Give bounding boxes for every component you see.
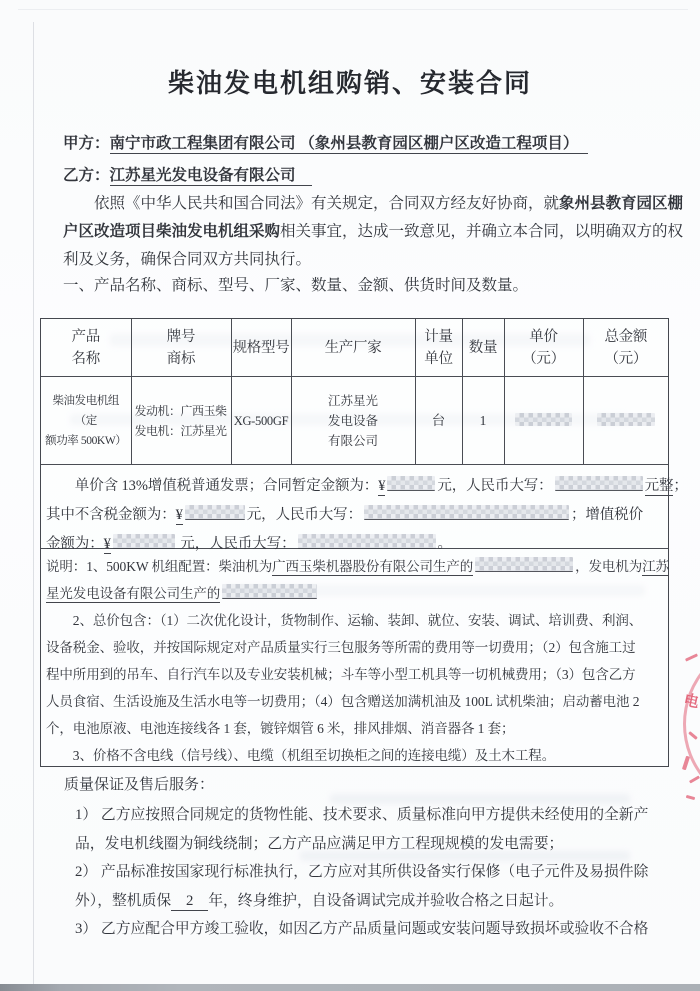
text-segment: 元，人民币大写： — [247, 507, 362, 523]
text-segment: 程中所用到的吊车、自行汽车以及专业安装机械；斗车等小型工机具等一切机械费用；（3… — [46, 667, 636, 682]
text-segment: 3） 乙方应配合甲方竣工验收，如因乙方产品质量问题或安装问题导致损坏或验收不合格 — [75, 921, 648, 937]
scan-artifact-top-line — [18, 9, 688, 10]
cell-unit: 台 — [415, 377, 462, 465]
cell-product-name: 柴油发电机组（定 额功率 500KW） — [41, 377, 131, 465]
header-unit-price: 单价 （元） — [504, 319, 583, 377]
party-a-line: 甲方：南宁市政工程集团有限公司 （象州县教育园区棚户区改造工程项目） — [63, 131, 588, 153]
scan-artifact-left-fold-line — [33, 22, 34, 984]
party-b-line: 乙方：江苏星光发电设备有限公司 — [63, 163, 312, 185]
text-segment: 年，终身维护，自设备调试完成并验收合格之日起计。 — [208, 893, 563, 909]
header-qty: 数量 — [462, 319, 504, 377]
text-segment: 2、总价包含：（1）二次优化设计，货物制作、运输、装卸、就位、安装、调试、培训费… — [46, 613, 642, 628]
text-segment: ¥ — [176, 507, 183, 525]
header-model: 规格型号 — [231, 319, 291, 377]
cell-unit-price-redacted — [504, 377, 583, 465]
text-segment: ，发电机为 — [575, 559, 642, 574]
text-segment: 。 — [438, 536, 452, 552]
quality-item-line: 外），整机质保 2 年，终身维护，自设备调试完成并验收合格之日起计。 — [75, 887, 648, 916]
intro-line: 依照《中华人民共和国合同法》有关规定，合同双方经友好协商，就象州县教育园区棚 — [63, 191, 693, 213]
stamp-stroke — [689, 775, 700, 783]
text-segment: 说明：1、500KW 机组配置：柴油机为 — [46, 559, 272, 574]
text-segment: 单价含 13%增值税普通发票；合同暂定金额为： — [46, 478, 378, 494]
text-segment: 其中不含税金额为： — [46, 507, 176, 523]
header-product-name: 产品 名称 — [41, 319, 131, 377]
redacted-text — [222, 584, 317, 599]
cell-total-redacted — [583, 377, 668, 465]
stamp-character: 电 — [682, 689, 700, 713]
cell-manufacturer: 江苏星光 发电设备 有限公司 — [291, 377, 415, 465]
stamp-stroke — [686, 795, 695, 800]
text-segment: 3、价格不含电线（信号线）、电缆（机组至切换柜之间的连接电缆）及土木工程。 — [46, 748, 555, 763]
text-segment: 相关事宜，达成一致意见，并确立本合同，以明确双方的权 — [280, 223, 683, 240]
header-total: 总金额 （元） — [583, 319, 668, 377]
notes-line: 2、总价包含：（1）二次优化设计，货物制作、运输、装卸、就位、安装、调试、培训费… — [46, 607, 662, 634]
quality-section-heading: 质量保证及售后服务： — [64, 773, 214, 794]
header-manufacturer: 生产厂家 — [291, 319, 415, 377]
intro-line: 户区改造项目柴油发电机组采购相关事宜，达成一致意见，并确立本合同，以明确双方的权 — [63, 219, 693, 241]
cell-brand: 发动机：广西玉柴 发电机：江苏星光 — [131, 377, 231, 465]
text-segment: 依照《中华人民共和国合同法》有关规定，合同双方经友好协商，就 — [63, 195, 559, 212]
price-line: 单价含 13%增值税普通发票；合同暂定金额为：¥元，人民币大写：元整； — [46, 472, 662, 501]
redacted-text — [185, 505, 245, 520]
cell-qty: 1 — [462, 377, 504, 465]
party-a-value: 南宁市政工程集团有限公司 （象州县教育园区棚户区改造工程项目） — [110, 135, 589, 154]
text-segment: 江苏 — [642, 559, 669, 576]
text-segment: 象州县教育园区棚 — [559, 195, 683, 212]
cell-model: XG-500GF — [231, 377, 291, 465]
stamp-stroke — [685, 653, 698, 661]
quality-item-line: 3） 乙方应配合甲方竣工验收，如因乙方产品质量问题或安装问题导致损坏或验收不合格 — [75, 915, 648, 944]
text-segment: 星光发电设备有限公司生产的 — [46, 586, 220, 603]
text-segment: 外），整机质保 — [75, 893, 171, 909]
scan-bottom-edge — [0, 984, 700, 991]
notes-line: 人员食宿、生活设施及生活水电等一切费用；（4）包含赠送加满机油及 100L 试机… — [46, 688, 662, 715]
product-table: 产品 名称 牌号 商标 规格型号 生产厂家 计量 单位 数量 单价 （元） 总金… — [40, 318, 669, 767]
red-seal-stamp-partial: 电 — [676, 638, 700, 813]
text-segment: 品，发电机线圈为铜线绕制；乙方产品应满足甲方工程现规模的发电需要； — [75, 836, 563, 852]
redacted-text — [298, 534, 436, 549]
text-segment: 2 — [171, 893, 208, 911]
table-row: 柴油发电机组（定 额功率 500KW） 发动机：广西玉柴 发电机：江苏星光 XG… — [41, 377, 668, 465]
section-1-heading: 一、产品名称、商标、型号、厂家、数量、金额、供货时间及数量。 — [63, 273, 528, 295]
text-segment: ；增值税价 — [571, 507, 643, 523]
notes-line: 星光发电设备有限公司生产的 — [46, 580, 662, 607]
product-spec-table: 产品 名称 牌号 商标 规格型号 生产厂家 计量 单位 数量 单价 （元） 总金… — [41, 319, 668, 465]
text-segment: ¥ — [104, 536, 111, 554]
scanned-contract-page: 柴油发电机组购销、安装合同 甲方：南宁市政工程集团有限公司 （象州县教育园区棚户… — [0, 0, 700, 991]
price-line: 其中不含税金额为：¥元，人民币大写：；增值税价 — [46, 501, 662, 530]
text-segment: 人员食宿、生活设施及生活水电等一切费用；（4）包含赠送加满机油及 100L 试机… — [46, 694, 639, 709]
text-segment: 元整 — [645, 478, 674, 496]
notes-line: 个，电池原液、电池连接线各 1 套，镀锌烟管 6 米，排风排烟、消音器各 1 套… — [46, 715, 662, 742]
text-segment: 元，人民币大写： — [177, 536, 296, 552]
party-b-label: 乙方： — [63, 167, 110, 184]
redacted-text — [364, 505, 569, 520]
text-segment: ； — [673, 478, 687, 494]
quality-item-line: 1） 乙方应按照合同规定的货物性能、技术要求、质量标准向甲方提供未经使用的全新产 — [75, 801, 648, 830]
text-segment: 利及义务，确保合同双方共同执行。 — [63, 251, 311, 268]
header-unit: 计量 单位 — [415, 319, 462, 377]
intro-line: 利及义务，确保合同双方共同执行。 — [63, 247, 693, 269]
notes-line: 3、价格不含电线（信号线）、电缆（机组至切换柜之间的连接电缆）及土木工程。 — [46, 742, 662, 769]
notes-line: 说明：1、500KW 机组配置：柴油机为广西玉柴机器股份有限公司生产的，发电机为… — [46, 553, 662, 580]
text-segment: 个，电池原液、电池连接线各 1 套，镀锌烟管 6 米，排风排烟、消音器各 1 套… — [46, 721, 514, 736]
redacted-text — [113, 534, 175, 549]
redacted-text — [555, 476, 643, 491]
redacted-text — [475, 557, 573, 572]
party-a-label: 甲方： — [63, 135, 110, 152]
text-segment: ¥ — [378, 478, 385, 496]
text-segment: 户区改造项目柴油发电机组采购 — [63, 223, 280, 240]
redacted-total — [597, 413, 655, 426]
contract-title: 柴油发电机组购销、安装合同 — [0, 63, 700, 100]
stamp-stroke — [682, 756, 690, 771]
text-segment: 1） 乙方应按照合同规定的货物性能、技术要求、质量标准向甲方提供未经使用的全新产 — [75, 807, 648, 823]
notes-line: 程中所用到的吊车、自行汽车以及专业安装机械；斗车等小型工机具等一切机械费用；（3… — [46, 661, 662, 688]
text-segment: 广西玉柴机器股份有限公司生产的 — [272, 559, 473, 576]
quality-items: 1） 乙方应按照合同规定的货物性能、技术要求、质量标准向甲方提供未经使用的全新产… — [75, 801, 648, 944]
price-terms-cell: 单价含 13%增值税普通发票；合同暂定金额为：¥元，人民币大写：元整； 其中不含… — [41, 465, 668, 549]
notes-cell: 说明：1、500KW 机组配置：柴油机为广西玉柴机器股份有限公司生产的，发电机为… — [41, 549, 668, 766]
text-segment: 2） 产品标准按国家现行标准执行，乙方应对其所供设备实行保修（电子元件及易损件除 — [75, 864, 648, 880]
party-b-value: 江苏星光发电设备有限公司 — [110, 167, 312, 186]
table-header-row: 产品 名称 牌号 商标 规格型号 生产厂家 计量 单位 数量 单价 （元） 总金… — [41, 319, 668, 377]
notes-line: 设备税金、验收，并按国际规定对产品质量实行三包服务等所需的费用等一切费用；（2）… — [46, 634, 662, 661]
text-segment: 金额为： — [46, 536, 104, 552]
redacted-price — [515, 413, 572, 426]
text-segment: 元，人民币大写： — [437, 478, 552, 494]
redacted-text — [387, 476, 435, 491]
header-brand: 牌号 商标 — [131, 319, 231, 377]
quality-item-line: 品，发电机线圈为铜线绕制；乙方产品应满足甲方工程现规模的发电需要； — [75, 830, 648, 859]
quality-item-line: 2） 产品标准按国家现行标准执行，乙方应对其所供设备实行保修（电子元件及易损件除 — [75, 858, 648, 887]
text-segment: 设备税金、验收，并按国际规定对产品质量实行三包服务等所需的费用等一切费用；（2）… — [46, 640, 636, 655]
